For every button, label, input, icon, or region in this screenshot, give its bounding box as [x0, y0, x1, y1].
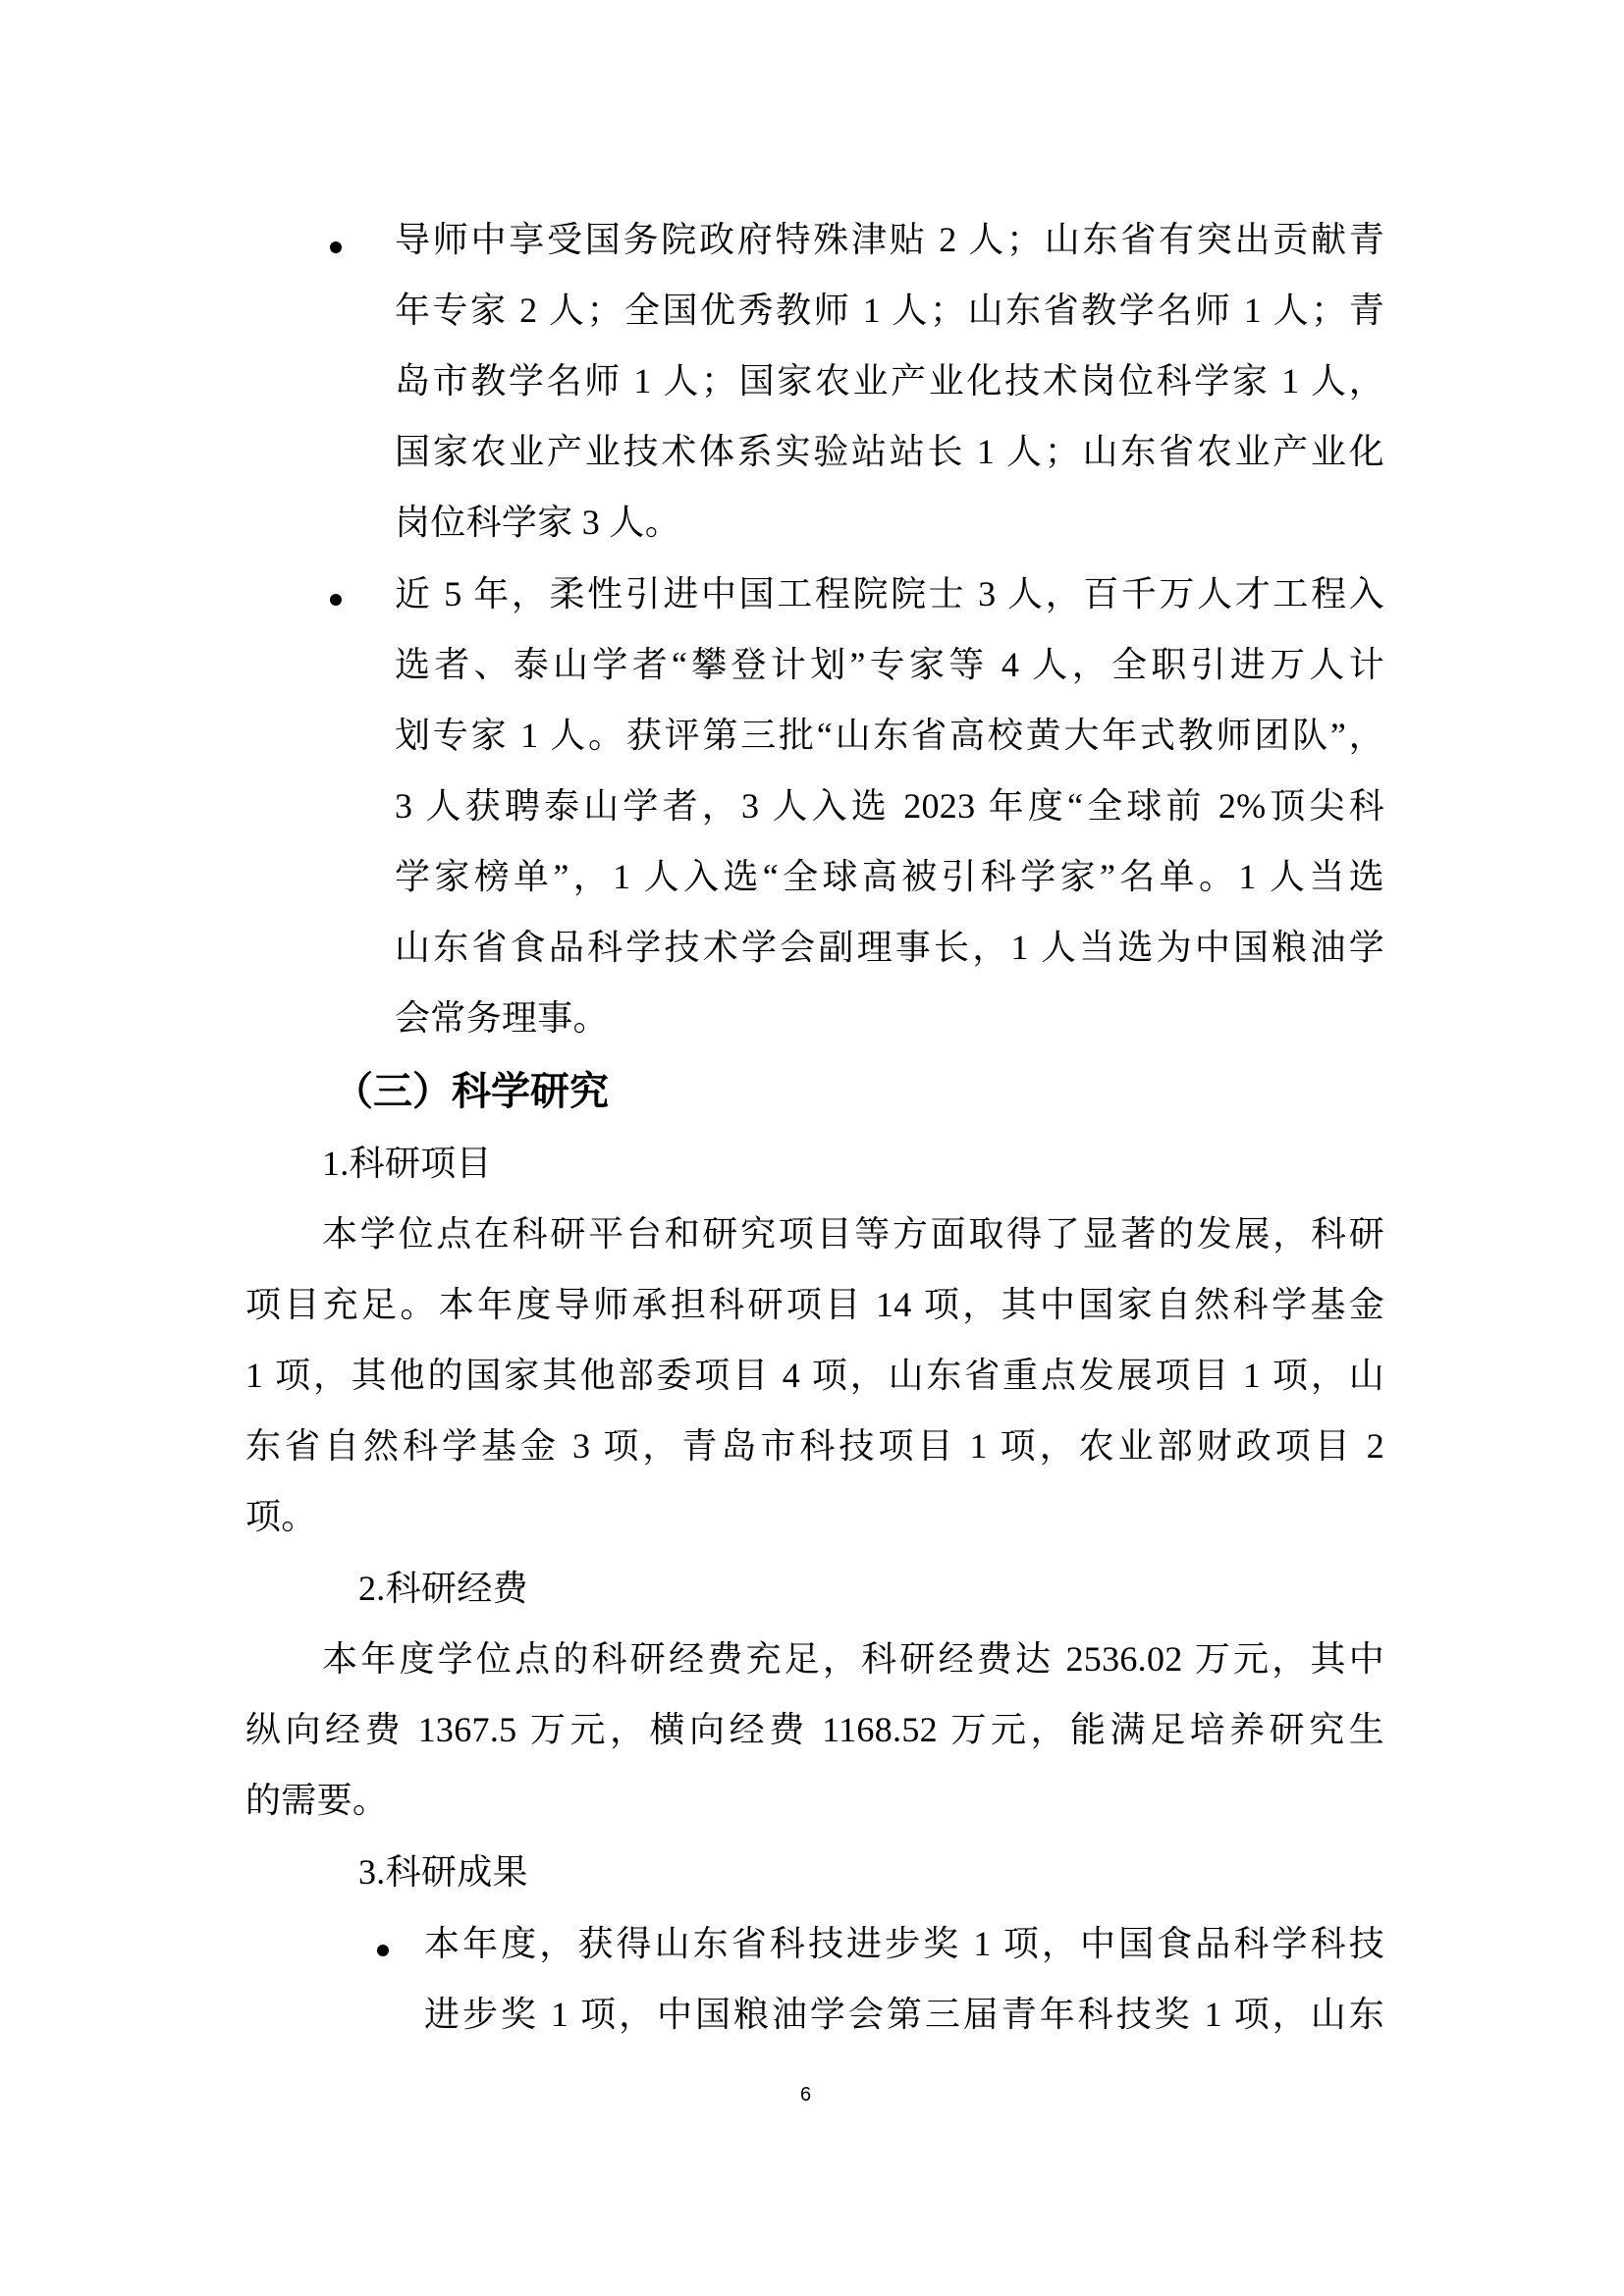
paragraph-line: 的需要。	[245, 1781, 388, 1820]
list-item-line: 本年度，获得山东省科技进步奖 1 项，中国食品科学科技	[424, 1924, 1384, 1963]
list-item-line: 划专家 1 人。获评第三批“山东省高校黄大年式教师团队”，	[395, 716, 1384, 755]
list-item-line: 3 人获聘泰山学者，3 人入选 2023 年度“全球前 2%顶尖科	[395, 786, 1384, 826]
page-number: 6	[800, 2083, 811, 2107]
section-heading: （三）科学研究	[334, 1070, 609, 1113]
paragraph-line: 项目充足。本年度导师承担科研项目 14 项，其中国家自然科学基金	[245, 1285, 1384, 1324]
paragraph-line: 纵向经费 1367.5 万元，横向经费 1168.52 万元，能满足培养研究生	[245, 1710, 1384, 1749]
list-item-line: 国家农业产业技术体系实验站站长 1 人；山东省农业产业化	[395, 432, 1384, 471]
bullet-icon	[330, 594, 342, 606]
document-page: 导师中享受国务院政府特殊津贴 2 人；山东省有突出贡献青 年专家 2 人；全国优…	[0, 0, 1624, 2296]
list-item-line: 年专家 2 人；全国优秀教师 1 人；山东省教学名师 1 人；青	[395, 291, 1384, 330]
subsection-title: 3.科研成果	[358, 1852, 528, 1892]
paragraph-line: 1 项，其他的国家其他部委项目 4 项，山东省重点发展项目 1 项，山	[245, 1356, 1384, 1395]
bullet-icon	[330, 241, 342, 253]
list-item-line: 岛市教学名师 1 人；国家农业产业化技术岗位科学家 1 人，	[395, 361, 1384, 400]
paragraph-line: 东省自然科学基金 3 项，青岛市科技项目 1 项，农业部财政项目 2	[245, 1426, 1384, 1466]
subsection-title: 2.科研经费	[358, 1569, 528, 1608]
subsection-title: 1.科研项目	[322, 1144, 492, 1183]
list-item-line: 岗位科学家 3 人。	[395, 503, 680, 542]
list-item-line: 会常务理事。	[395, 998, 609, 1038]
list-item-line: 进步奖 1 项，中国粮油学会第三届青年科技奖 1 项，山东	[424, 1995, 1384, 2034]
paragraph-line: 项。	[245, 1497, 317, 1536]
list-item-line: 山东省食品科学技术学会副理事长，1 人当选为中国粮油学	[395, 928, 1384, 967]
bullet-icon	[377, 1945, 389, 1956]
paragraph-line: 本年度学位点的科研经费充足，科研经费达 2536.02 万元，其中	[322, 1639, 1384, 1679]
list-item-line: 导师中享受国务院政府特殊津贴 2 人；山东省有突出贡献青	[395, 220, 1384, 259]
list-item-line: 学家榜单”，1 人入选“全球高被引科学家”名单。1 人当选	[395, 857, 1384, 896]
list-item-line: 近 5 年，柔性引进中国工程院院士 3 人，百千万人才工程入	[395, 574, 1384, 614]
list-item-line: 选者、泰山学者“攀登计划”专家等 4 人，全职引进万人计	[395, 645, 1384, 684]
paragraph-line: 本学位点在科研平台和研究项目等方面取得了显著的发展，科研	[322, 1214, 1384, 1254]
